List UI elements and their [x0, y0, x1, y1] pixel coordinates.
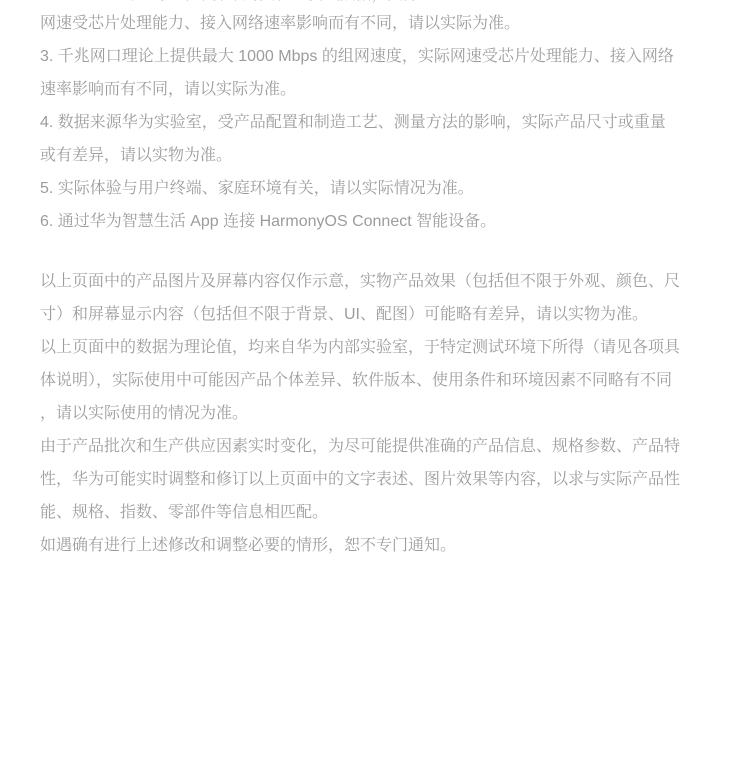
footnotes-text: 网速受芯片处理能力、接入网络速率影响而有不同，请以实际为准。 3. 千兆网口理论…	[40, 7, 710, 238]
disclaimer-screenshot: { "page": { "background_color": "#ffffff…	[0, 0, 750, 778]
disclaimer-page: 2. Wi-Fi 理论无线速率来源华为实验室测试数据，实际 网速受芯片处理能力、…	[0, 7, 750, 562]
clipped-previous-line: 2. Wi-Fi 理论无线速率来源华为实验室测试数据，实际	[40, 0, 710, 11]
legal-disclaimer-text: 以上页面中的产品图片及屏幕内容仅作示意，实物产品效果（包括但不限于外观、颜色、尺…	[40, 265, 710, 562]
